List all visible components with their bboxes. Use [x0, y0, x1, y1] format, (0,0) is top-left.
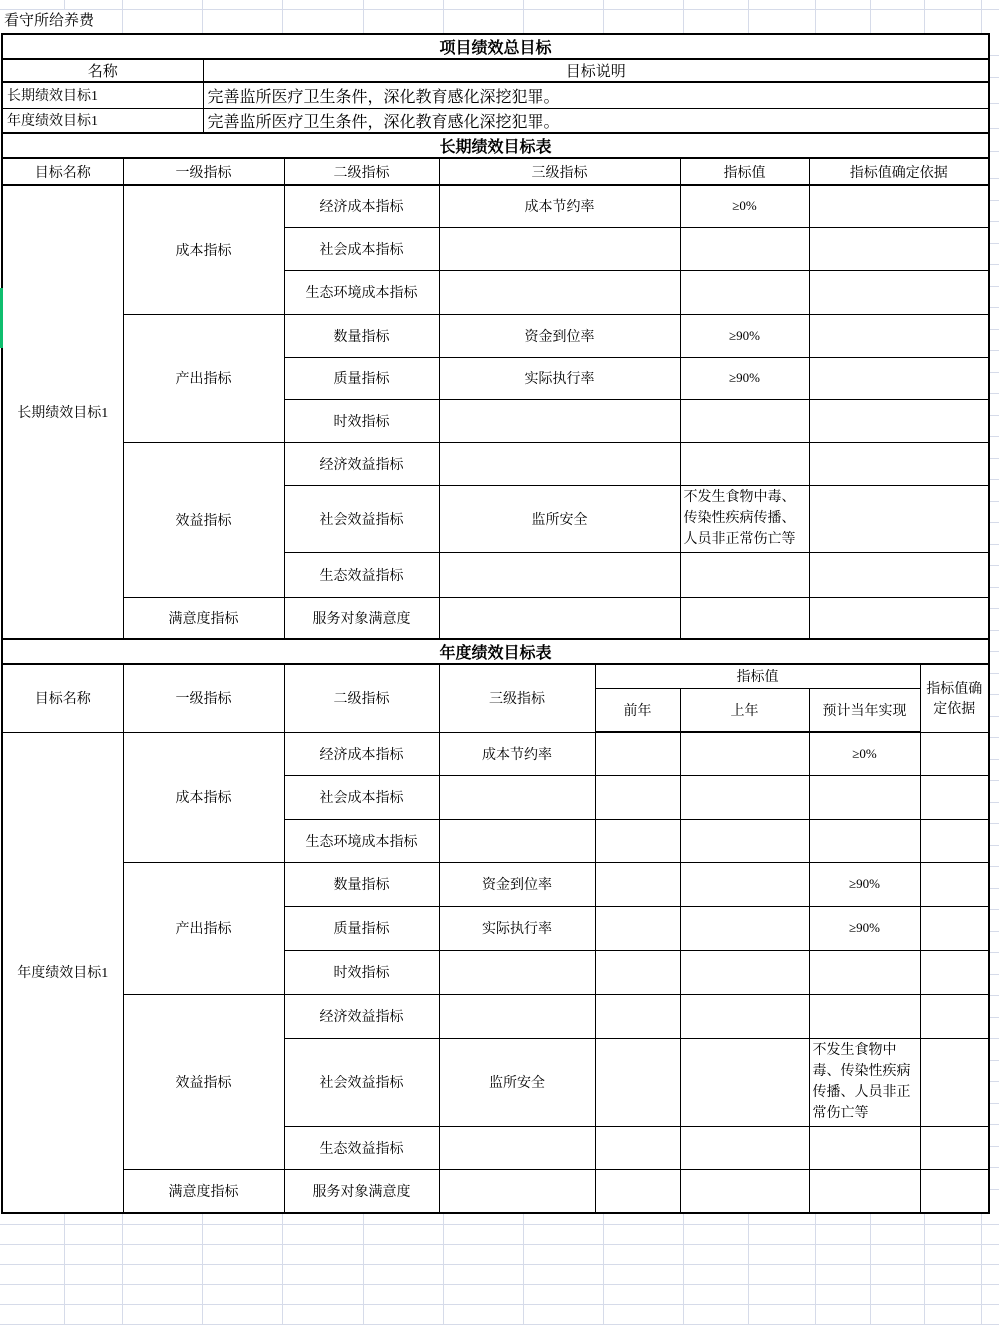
gridline — [523, 0, 524, 33]
basis-cell[interactable] — [920, 994, 989, 1038]
basis-cell[interactable] — [809, 314, 989, 357]
row-indicator-green-bar — [0, 288, 3, 348]
header-current-year-estimate[interactable]: 预计当年实现 — [809, 688, 920, 732]
prev1-cell[interactable] — [680, 1169, 809, 1213]
level3-cell[interactable]: 资金到位率 — [439, 862, 595, 906]
header-goal-name[interactable]: 目标名称 — [2, 664, 123, 732]
header-basis[interactable]: 指标值确定依据 — [809, 158, 989, 185]
gridline — [981, 0, 982, 33]
level3-cell[interactable]: 成本节约率 — [439, 732, 595, 775]
goal-name-cell[interactable]: 年度绩效目标1 — [2, 108, 203, 133]
header-value-group[interactable]: 指标值 — [595, 664, 920, 688]
basis-cell[interactable] — [809, 357, 989, 399]
level3-cell[interactable]: 监所安全 — [439, 1038, 595, 1126]
basis-cell[interactable] — [920, 732, 989, 775]
prev2-cell[interactable] — [595, 1126, 680, 1169]
level3-cell[interactable] — [439, 399, 680, 442]
prev1-cell[interactable] — [680, 906, 809, 950]
gridline — [202, 0, 203, 33]
level2-cell[interactable]: 生态环境成本指标 — [284, 819, 439, 862]
table-row: 效益指标 经济效益指标 — [2, 994, 989, 1038]
current-cell[interactable] — [809, 1126, 920, 1169]
header-level1[interactable]: 一级指标 — [123, 664, 284, 732]
level3-cell[interactable] — [439, 1169, 595, 1213]
goal-desc-cell[interactable]: 完善监所医疗卫生条件，深化教育感化深挖犯罪。 — [203, 82, 989, 108]
annual-header-row-top: 目标名称 一级指标 二级指标 三级指标 指标值 指标值确定依据 — [2, 664, 989, 688]
prev2-cell[interactable] — [595, 775, 680, 819]
level3-cell[interactable]: 成本节约率 — [439, 185, 680, 227]
overall-row-long-term: 长期绩效目标1 完善监所医疗卫生条件，深化教育感化深挖犯罪。 — [2, 82, 989, 108]
gridline — [0, 1304, 999, 1305]
prev1-cell[interactable] — [680, 1038, 809, 1126]
prev2-cell[interactable] — [595, 1169, 680, 1213]
value-cell[interactable] — [680, 597, 809, 639]
annual-table-title[interactable]: 年度绩效目标表 — [2, 639, 989, 664]
current-cell[interactable] — [809, 1169, 920, 1213]
prev2-cell[interactable] — [595, 862, 680, 906]
current-cell[interactable]: ≥90% — [809, 862, 920, 906]
level2-cell[interactable]: 经济效益指标 — [284, 442, 439, 485]
level3-cell[interactable] — [439, 819, 595, 862]
prev2-cell[interactable] — [595, 819, 680, 862]
goal-name-cell[interactable]: 长期绩效目标1 — [2, 185, 123, 639]
level2-cell[interactable]: 社会效益指标 — [284, 485, 439, 552]
basis-cell[interactable] — [809, 552, 989, 597]
overall-row-annual: 年度绩效目标1 完善监所医疗卫生条件，深化教育感化深挖犯罪。 — [2, 108, 989, 133]
value-cell[interactable]: 不发生食物中毒、传染性疾病传播、人员非正常伤亡等 — [680, 485, 809, 552]
level3-cell[interactable]: 实际执行率 — [439, 906, 595, 950]
gridline — [363, 1204, 364, 1325]
gridline — [683, 1204, 684, 1325]
header-level2[interactable]: 二级指标 — [284, 664, 439, 732]
level1-cell[interactable]: 效益指标 — [123, 442, 284, 597]
level1-cell[interactable]: 产出指标 — [123, 314, 284, 442]
basis-cell[interactable] — [809, 227, 989, 270]
value-cell[interactable] — [680, 442, 809, 485]
table-row: 满意度指标 服务对象满意度 — [2, 597, 989, 639]
gridline — [282, 1204, 283, 1325]
current-cell[interactable] — [809, 950, 920, 994]
gridline — [603, 0, 604, 33]
header-last-year[interactable]: 上年 — [680, 688, 809, 732]
current-cell[interactable]: ≥0% — [809, 732, 920, 775]
value-cell[interactable] — [680, 227, 809, 270]
level1-cell[interactable]: 成本指标 — [123, 185, 284, 314]
level2-cell[interactable]: 社会成本指标 — [284, 775, 439, 819]
level3-cell[interactable] — [439, 994, 595, 1038]
gridline — [282, 0, 283, 33]
gridline — [0, 1264, 999, 1265]
current-cell[interactable] — [809, 994, 920, 1038]
level3-cell[interactable]: 实际执行率 — [439, 357, 680, 399]
value-cell[interactable]: ≥90% — [680, 357, 809, 399]
basis-cell[interactable] — [809, 270, 989, 314]
header-level2[interactable]: 二级指标 — [284, 158, 439, 185]
level3-cell[interactable] — [439, 442, 680, 485]
prev1-cell[interactable] — [680, 819, 809, 862]
goal-desc-cell[interactable]: 完善监所医疗卫生条件，深化教育感化深挖犯罪。 — [203, 108, 989, 133]
header-level3[interactable]: 三级指标 — [439, 664, 595, 732]
current-cell[interactable]: ≥90% — [809, 906, 920, 950]
current-cell[interactable]: 不发生食物中毒、传染性疾病传播、人员非正常伤亡等 — [809, 1038, 920, 1126]
corner-cell[interactable]: 看守所给养费 — [4, 9, 94, 33]
value-cell[interactable]: ≥90% — [680, 314, 809, 357]
level3-cell[interactable] — [439, 775, 595, 819]
level1-cell[interactable]: 效益指标 — [123, 994, 284, 1169]
level2-cell[interactable]: 服务对象满意度 — [284, 1169, 439, 1213]
table-row: 产出指标 数量指标 资金到位率 ≥90% — [2, 862, 989, 906]
basis-cell[interactable] — [920, 950, 989, 994]
level2-cell[interactable]: 时效指标 — [284, 950, 439, 994]
table-row: 满意度指标 服务对象满意度 — [2, 1169, 989, 1213]
level2-cell[interactable]: 社会效益指标 — [284, 1038, 439, 1126]
prev2-cell[interactable] — [595, 994, 680, 1038]
level3-cell[interactable] — [439, 270, 680, 314]
prev2-cell[interactable] — [595, 732, 680, 775]
gridline — [0, 1244, 999, 1245]
header-level3[interactable]: 三级指标 — [439, 158, 680, 185]
level3-cell[interactable]: 监所安全 — [439, 485, 680, 552]
level2-cell[interactable]: 生态效益指标 — [284, 1126, 439, 1169]
level2-cell[interactable]: 数量指标 — [284, 862, 439, 906]
gridline — [64, 0, 65, 9]
basis-cell[interactable] — [920, 1169, 989, 1213]
performance-tables: 项目绩效总目标 名称 目标说明 长期绩效目标1 完善监所医疗卫生条件，深化教育感… — [1, 33, 988, 1214]
basis-cell[interactable] — [920, 1038, 989, 1126]
basis-cell[interactable] — [809, 399, 989, 442]
level1-cell[interactable]: 满意度指标 — [123, 1169, 284, 1213]
prev2-cell[interactable] — [595, 950, 680, 994]
basis-cell[interactable] — [920, 1126, 989, 1169]
level2-cell[interactable]: 服务对象满意度 — [284, 597, 439, 639]
basis-cell[interactable] — [809, 442, 989, 485]
prev1-cell[interactable] — [680, 862, 809, 906]
table-row: 产出指标 数量指标 资金到位率 ≥90% — [2, 314, 989, 357]
header-goal-name[interactable]: 目标名称 — [2, 158, 123, 185]
level3-cell[interactable] — [439, 950, 595, 994]
prev1-cell[interactable] — [680, 732, 809, 775]
level3-cell[interactable] — [439, 552, 680, 597]
gridline — [748, 0, 749, 33]
basis-cell[interactable] — [809, 597, 989, 639]
basis-cell[interactable] — [920, 819, 989, 862]
value-cell[interactable] — [680, 399, 809, 442]
gridline — [603, 1204, 604, 1325]
gridline — [748, 1204, 749, 1325]
level2-cell[interactable]: 生态环境成本指标 — [284, 270, 439, 314]
level2-cell[interactable]: 社会成本指标 — [284, 227, 439, 270]
basis-cell[interactable] — [920, 775, 989, 819]
desc-column-header[interactable]: 目标说明 — [203, 59, 989, 82]
gridline — [122, 1204, 123, 1325]
prev1-cell[interactable] — [680, 994, 809, 1038]
level2-cell[interactable]: 质量指标 — [284, 357, 439, 399]
gridline — [815, 0, 816, 33]
value-cell[interactable] — [680, 552, 809, 597]
level2-cell[interactable]: 经济效益指标 — [284, 994, 439, 1038]
basis-cell[interactable] — [920, 862, 989, 906]
gridline — [815, 1204, 816, 1325]
level2-cell[interactable]: 经济成本指标 — [284, 732, 439, 775]
value-cell[interactable] — [680, 270, 809, 314]
gridline — [0, 9, 999, 10]
long-term-table: 长期绩效目标表 目标名称 一级指标 二级指标 三级指标 指标值 指标值确定依据 … — [1, 132, 990, 640]
level1-cell[interactable]: 成本指标 — [123, 732, 284, 862]
gridline — [981, 1204, 982, 1325]
table-row: 年度绩效目标1 成本指标 经济成本指标 成本节约率 ≥0% — [2, 732, 989, 775]
gridline — [64, 1204, 65, 1325]
prev1-cell[interactable] — [680, 1126, 809, 1169]
table-row: 长期绩效目标1 成本指标 经济成本指标 成本节约率 ≥0% — [2, 185, 989, 227]
gridline — [683, 0, 684, 33]
name-column-header[interactable]: 名称 — [2, 59, 203, 82]
level3-cell[interactable] — [439, 1126, 595, 1169]
goal-name-cell[interactable]: 年度绩效目标1 — [2, 732, 123, 1213]
annual-table: 年度绩效目标表 目标名称 一级指标 二级指标 三级指标 指标值 指标值确定依据 … — [1, 638, 990, 1214]
header-year-before-last[interactable]: 前年 — [595, 688, 680, 732]
gridline — [0, 1284, 999, 1285]
gridline — [202, 1204, 203, 1325]
spreadsheet-view: 看守所给养费 项目绩效总目标 名称 目标说明 长期绩效目标1 完善监所医疗卫生条… — [0, 0, 999, 1325]
overall-target-table: 项目绩效总目标 名称 目标说明 长期绩效目标1 完善监所医疗卫生条件，深化教育感… — [1, 33, 990, 134]
gridline — [0, 1224, 999, 1225]
basis-cell[interactable] — [809, 485, 989, 552]
level2-cell[interactable]: 时效指标 — [284, 399, 439, 442]
gridline — [122, 0, 123, 33]
value-cell[interactable]: ≥0% — [680, 185, 809, 227]
gridline — [924, 0, 925, 33]
level2-cell[interactable]: 数量指标 — [284, 314, 439, 357]
current-cell[interactable] — [809, 775, 920, 819]
level2-cell[interactable]: 经济成本指标 — [284, 185, 439, 227]
header-level1[interactable]: 一级指标 — [123, 158, 284, 185]
level3-cell[interactable]: 资金到位率 — [439, 314, 680, 357]
prev2-cell[interactable] — [595, 1038, 680, 1126]
level3-cell[interactable] — [439, 597, 680, 639]
basis-cell[interactable] — [809, 185, 989, 227]
gridline — [870, 1204, 871, 1325]
long-term-table-title[interactable]: 长期绩效目标表 — [2, 133, 989, 158]
level1-cell[interactable]: 产出指标 — [123, 862, 284, 994]
overall-title[interactable]: 项目绩效总目标 — [2, 34, 989, 59]
basis-cell[interactable] — [920, 906, 989, 950]
gridline — [870, 0, 871, 33]
gridline — [363, 0, 364, 33]
prev2-cell[interactable] — [595, 906, 680, 950]
level2-cell[interactable]: 质量指标 — [284, 906, 439, 950]
gridline — [924, 1204, 925, 1325]
goal-name-cell[interactable]: 长期绩效目标1 — [2, 82, 203, 108]
long-term-header-row: 目标名称 一级指标 二级指标 三级指标 指标值 指标值确定依据 — [2, 158, 989, 185]
prev1-cell[interactable] — [680, 950, 809, 994]
gridline — [523, 1204, 524, 1325]
gridline — [443, 0, 444, 33]
current-cell[interactable] — [809, 819, 920, 862]
level2-cell[interactable]: 生态效益指标 — [284, 552, 439, 597]
table-row: 效益指标 经济效益指标 — [2, 442, 989, 485]
header-value[interactable]: 指标值 — [680, 158, 809, 185]
header-basis[interactable]: 指标值确定依据 — [920, 664, 989, 732]
level1-cell[interactable]: 满意度指标 — [123, 597, 284, 639]
level3-cell[interactable] — [439, 227, 680, 270]
gridline — [443, 1204, 444, 1325]
prev1-cell[interactable] — [680, 775, 809, 819]
